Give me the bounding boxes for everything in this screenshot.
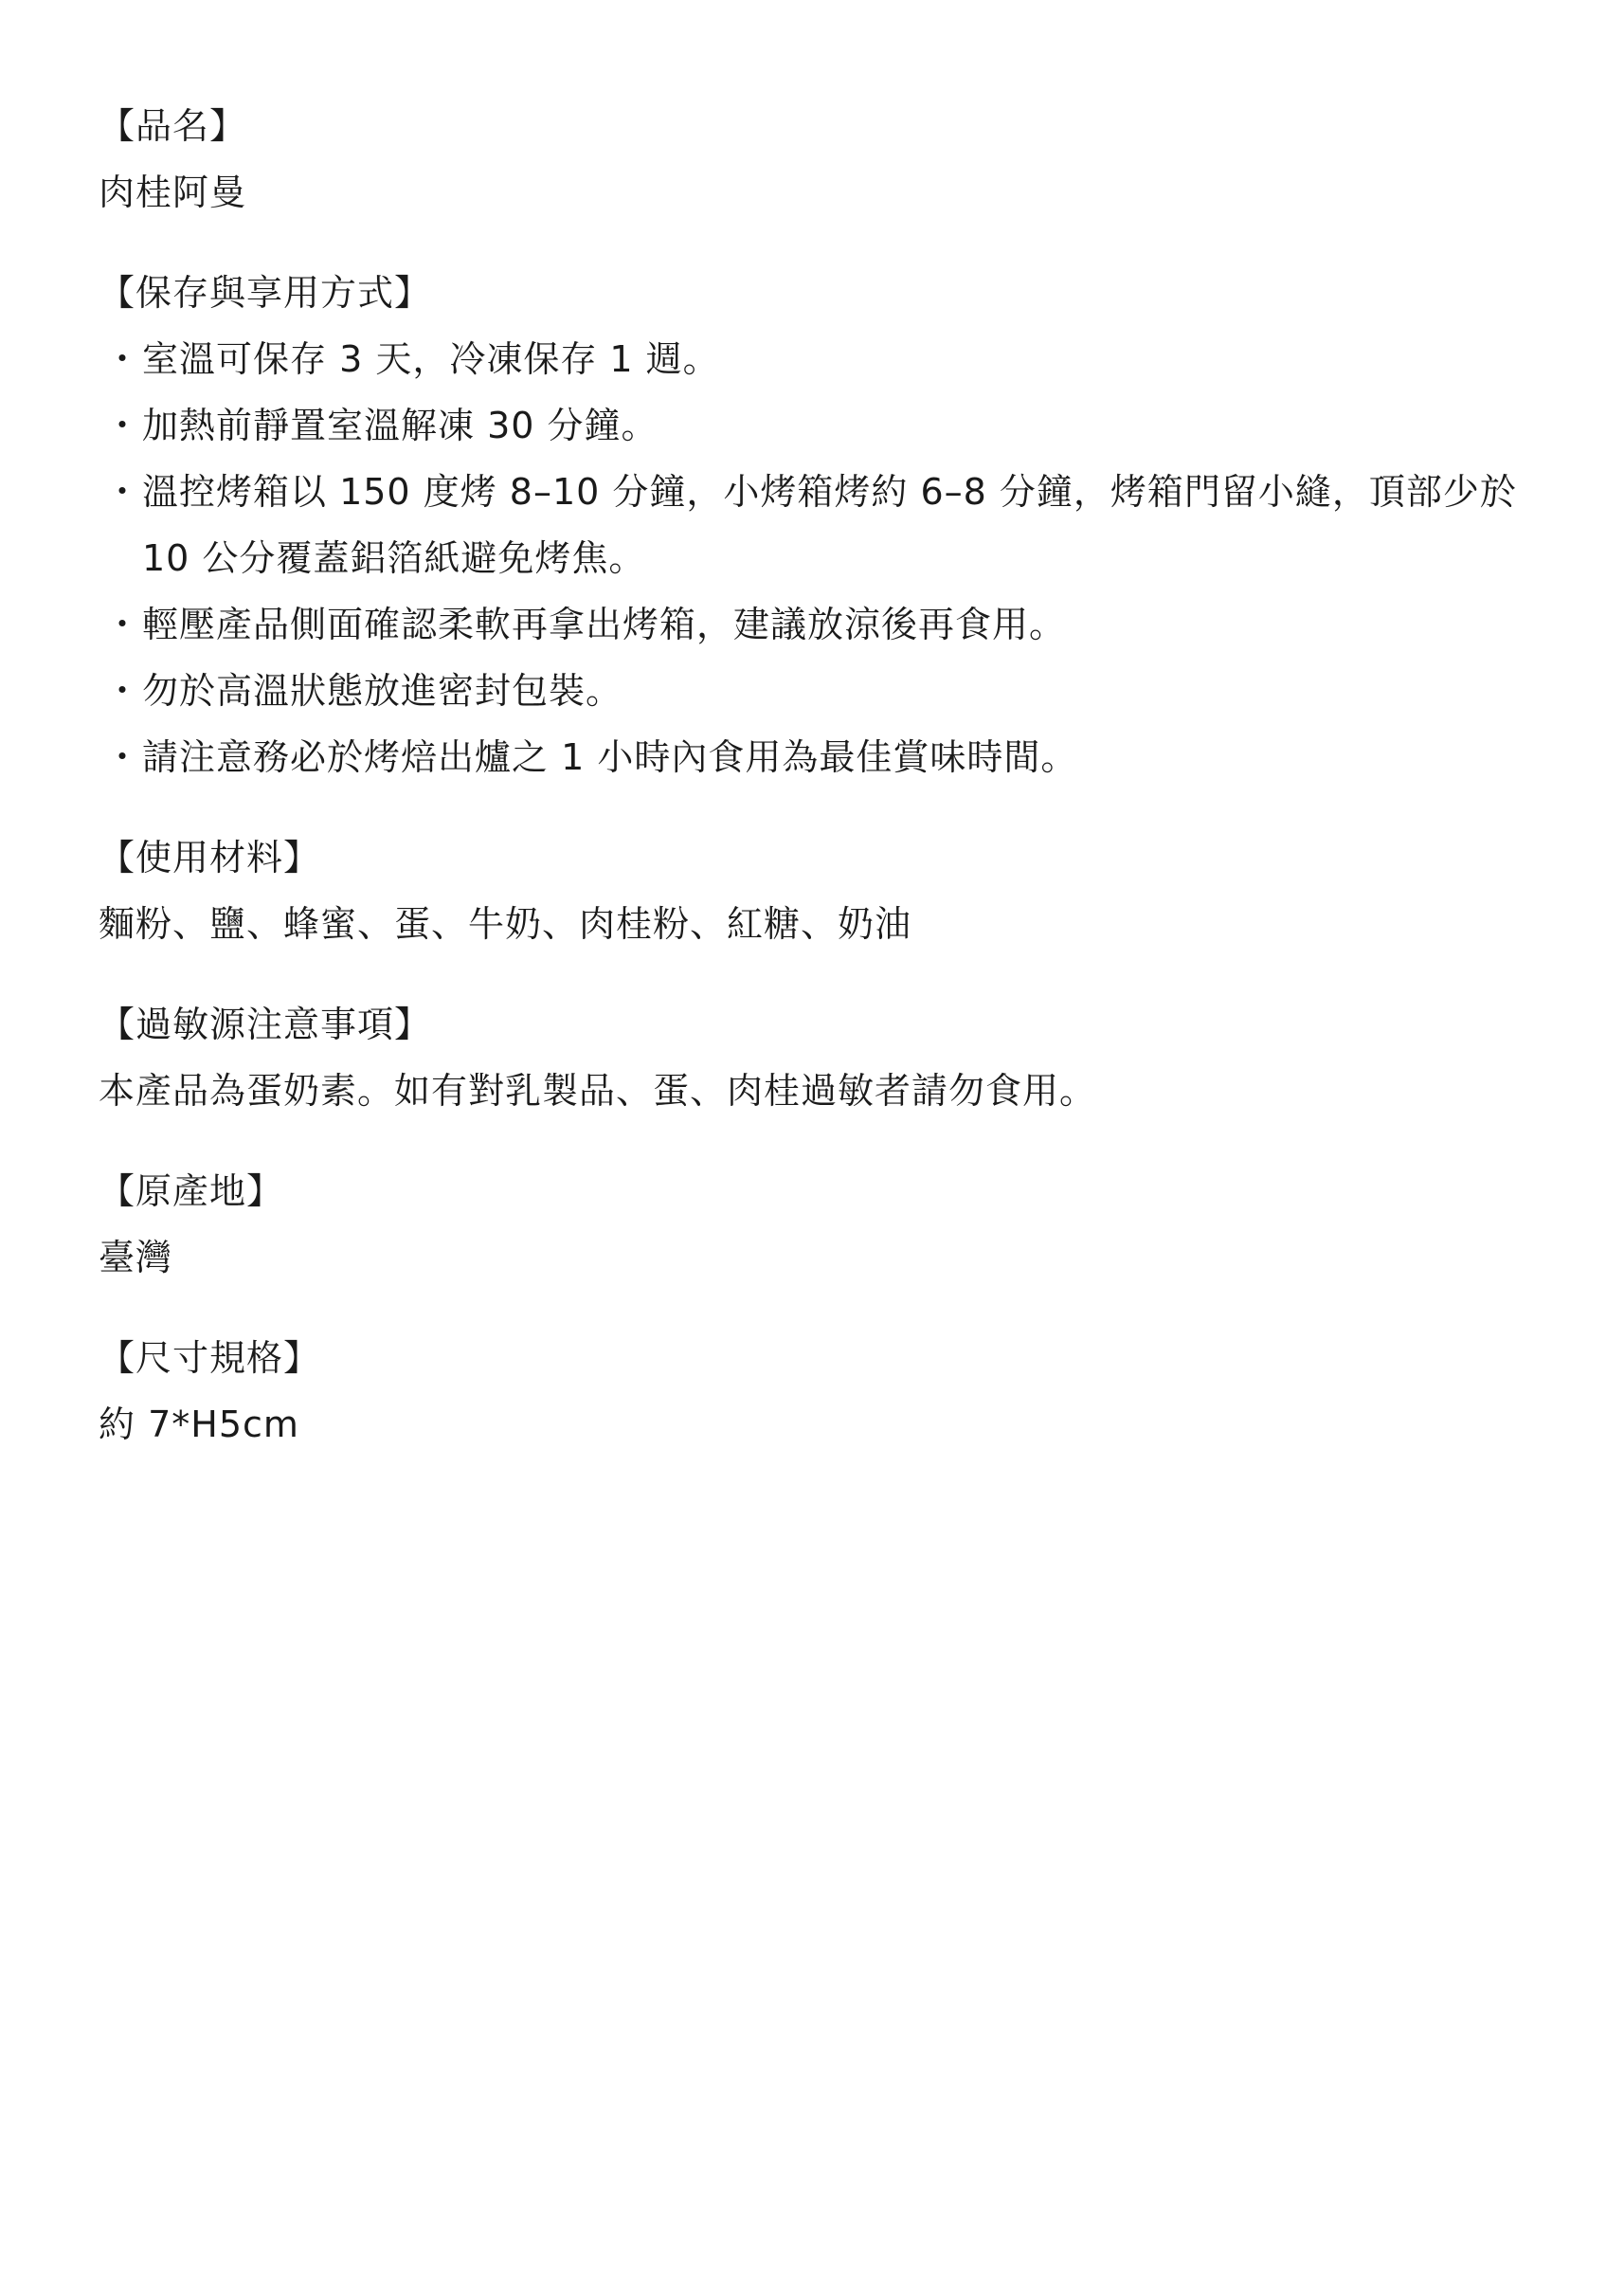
product-name: 肉桂阿曼	[99, 159, 1577, 226]
bullet-icon: ・	[104, 459, 133, 525]
list-item: ・ 輕壓產品側面確認柔軟再拿出烤箱，建議放涼後再食用。	[99, 591, 1577, 658]
list-item-text: 室溫可保存 3 天，冷凍保存 1 週。	[142, 338, 720, 380]
storage-instructions-list: ・ 室溫可保存 3 天，冷凍保存 1 週。 ・ 加熱前靜置室溫解凍 30 分鐘。…	[99, 326, 1577, 790]
allergen-text: 本產品為蛋奶素。如有對乳製品、蛋、肉桂過敏者請勿食用。	[99, 1058, 1577, 1124]
section-title: 【使用材料】	[99, 824, 1577, 891]
bullet-icon: ・	[104, 724, 133, 790]
section-allergen-notice: 【過敏源注意事項】 本產品為蛋奶素。如有對乳製品、蛋、肉桂過敏者請勿食用。	[99, 991, 1577, 1124]
bullet-icon: ・	[104, 591, 133, 658]
list-item-text: 請注意務必於烤焙出爐之 1 小時內食用為最佳賞味時間。	[142, 736, 1077, 778]
section-title: 【保存與享用方式】	[99, 260, 1577, 326]
section-title: 【過敏源注意事項】	[99, 991, 1577, 1058]
section-title: 【品名】	[99, 93, 1577, 159]
section-dimensions: 【尺寸規格】 約 7*H5cm	[99, 1325, 1577, 1458]
list-item-text: 加熱前靜置室溫解凍 30 分鐘。	[142, 405, 659, 446]
section-ingredients: 【使用材料】 麵粉、鹽、蜂蜜、蛋、牛奶、肉桂粉、紅糖、奶油	[99, 824, 1577, 957]
list-item-text: 勿於高溫狀態放進密封包裝。	[142, 670, 623, 712]
section-storage-and-serving: 【保存與享用方式】 ・ 室溫可保存 3 天，冷凍保存 1 週。 ・ 加熱前靜置室…	[99, 260, 1577, 790]
list-item: ・ 勿於高溫狀態放進密封包裝。	[99, 658, 1577, 724]
list-item: ・ 室溫可保存 3 天，冷凍保存 1 週。	[99, 326, 1577, 392]
bullet-icon: ・	[104, 392, 133, 459]
section-title: 【原產地】	[99, 1158, 1577, 1224]
section-title: 【尺寸規格】	[99, 1325, 1577, 1391]
ingredients-text: 麵粉、鹽、蜂蜜、蛋、牛奶、肉桂粉、紅糖、奶油	[99, 891, 1577, 957]
bullet-icon: ・	[104, 658, 133, 724]
section-origin: 【原產地】 臺灣	[99, 1158, 1577, 1291]
list-item: ・ 加熱前靜置室溫解凍 30 分鐘。	[99, 392, 1577, 459]
product-info-document: 【品名】 肉桂阿曼 【保存與享用方式】 ・ 室溫可保存 3 天，冷凍保存 1 週…	[99, 93, 1577, 1492]
dimensions-text: 約 7*H5cm	[99, 1391, 1577, 1458]
section-product-name: 【品名】 肉桂阿曼	[99, 93, 1577, 226]
origin-text: 臺灣	[99, 1224, 1577, 1291]
bullet-icon: ・	[104, 326, 133, 392]
list-item: ・ 溫控烤箱以 150 度烤 8–10 分鐘，小烤箱烤約 6–8 分鐘，烤箱門留…	[99, 459, 1577, 591]
list-item: ・ 請注意務必於烤焙出爐之 1 小時內食用為最佳賞味時間。	[99, 724, 1577, 790]
list-item-text: 輕壓產品側面確認柔軟再拿出烤箱，建議放涼後再食用。	[142, 604, 1066, 645]
list-item-text: 溫控烤箱以 150 度烤 8–10 分鐘，小烤箱烤約 6–8 分鐘，烤箱門留小縫…	[142, 471, 1517, 579]
